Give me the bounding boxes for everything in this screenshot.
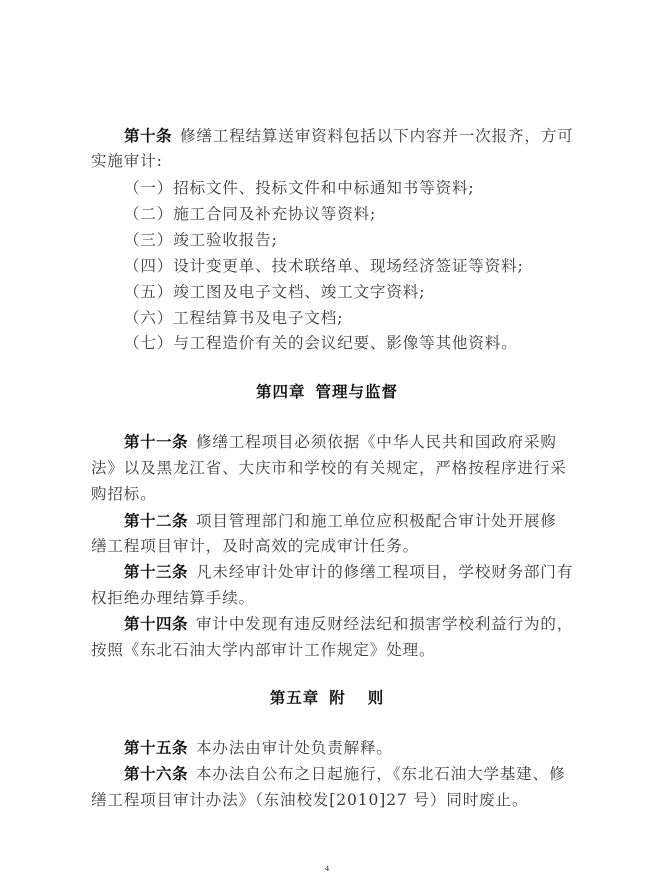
article-12-label: 第十二条 bbox=[124, 511, 188, 530]
article-11-line-2: 法》以及黑龙江省、大庆市和学校的有关规定，严格按程序进行采 bbox=[91, 458, 581, 478]
document-page: 第十条修缮工程结算送审资料包括以下内容并一次报齐，方可 实施审计: （一）招标文… bbox=[0, 0, 654, 890]
article-12-line-1: 第十二条项目管理部门和施工单位应积极配合审计处开展修 bbox=[124, 511, 614, 531]
article-16-label: 第十六条 bbox=[124, 764, 188, 783]
article-16-line-2: 缮工程项目审计办法》（东油校发[2010]27 号）同时废止。 bbox=[91, 790, 581, 810]
chapter-5-title-1: 附 bbox=[329, 688, 346, 707]
article-10-line-1: 第十条修缮工程结算送审资料包括以下内容并一次报齐，方可 bbox=[124, 126, 614, 146]
article-11-label: 第十一条 bbox=[124, 432, 188, 451]
article-13-label: 第十三条 bbox=[124, 562, 188, 581]
page-number: 4 bbox=[0, 864, 654, 873]
article-13-text-1: 凡未经审计处审计的修缮工程项目，学校财务部门有 bbox=[196, 563, 573, 581]
article-11-line-1: 第十一条修缮工程项目必须依据《中华人民共和国政府采购 bbox=[124, 432, 614, 452]
article-16-line-1: 第十六条本办法自公布之日起施行，《东北石油大学基建、修 bbox=[124, 764, 614, 784]
article-10-item-4: （四）设计变更单、技术联络单、现场经济签证等资料; bbox=[124, 256, 614, 276]
article-12-line-2: 缮工程项目审计，及时高效的完成审计任务。 bbox=[91, 536, 581, 556]
chapter-4-number: 第四章 bbox=[256, 382, 306, 401]
article-15-text-1: 本办法由审计处负责解释。 bbox=[196, 739, 393, 757]
article-10-text: 修缮工程结算送审资料包括以下内容并一次报齐，方可 bbox=[180, 127, 574, 145]
chapter-5-number: 第五章 bbox=[270, 688, 320, 707]
article-16-text-1: 本办法自公布之日起施行，《东北石油大学基建、修 bbox=[196, 765, 565, 783]
article-13-line-1: 第十三条凡未经审计处审计的修缮工程项目，学校财务部门有 bbox=[124, 562, 614, 582]
article-13-line-2: 权拒绝办理结算手续。 bbox=[91, 588, 581, 608]
article-15-line-1: 第十五条本办法由审计处负责解释。 bbox=[124, 738, 614, 758]
article-14-line-1: 第十四条审计中发现有违反财经法纪和损害学校利益行为的， bbox=[124, 614, 614, 634]
article-10-label: 第十条 bbox=[124, 126, 172, 145]
article-14-text-1: 审计中发现有违反财经法纪和损害学校利益行为的， bbox=[196, 615, 573, 633]
chapter-4-heading: 第四章管理与监督 bbox=[0, 382, 654, 402]
article-14-label: 第十四条 bbox=[124, 614, 188, 633]
article-14-line-2: 按照《东北石油大学内部审计工作规定》处理。 bbox=[91, 640, 581, 660]
article-10-item-5: （五）竣工图及电子文档、竣工文字资料; bbox=[124, 282, 614, 302]
article-11-text-1: 修缮工程项目必须依据《中华人民共和国政府采购 bbox=[196, 433, 557, 451]
article-11-line-3: 购招标。 bbox=[91, 484, 581, 504]
article-10-line-2: 实施审计: bbox=[91, 151, 581, 171]
chapter-5-heading: 第五章附则 bbox=[0, 688, 654, 708]
article-10-item-6: （六）工程结算书及电子文档; bbox=[124, 308, 614, 328]
article-10-item-3: （三）竣工验收报告; bbox=[124, 230, 614, 250]
article-15-label: 第十五条 bbox=[124, 738, 188, 757]
chapter-4-title: 管理与监督 bbox=[316, 382, 399, 401]
article-10-item-2: （二）施工合同及补充协议等资料; bbox=[124, 204, 614, 224]
article-10-item-7: （七）与工程造价有关的会议纪要、影像等其他资料。 bbox=[124, 333, 614, 353]
article-10-item-1: （一）招标文件、投标文件和中标通知书等资料; bbox=[124, 178, 614, 198]
chapter-5-title-2: 则 bbox=[368, 688, 385, 707]
article-12-text-1: 项目管理部门和施工单位应积极配合审计处开展修 bbox=[196, 512, 557, 530]
